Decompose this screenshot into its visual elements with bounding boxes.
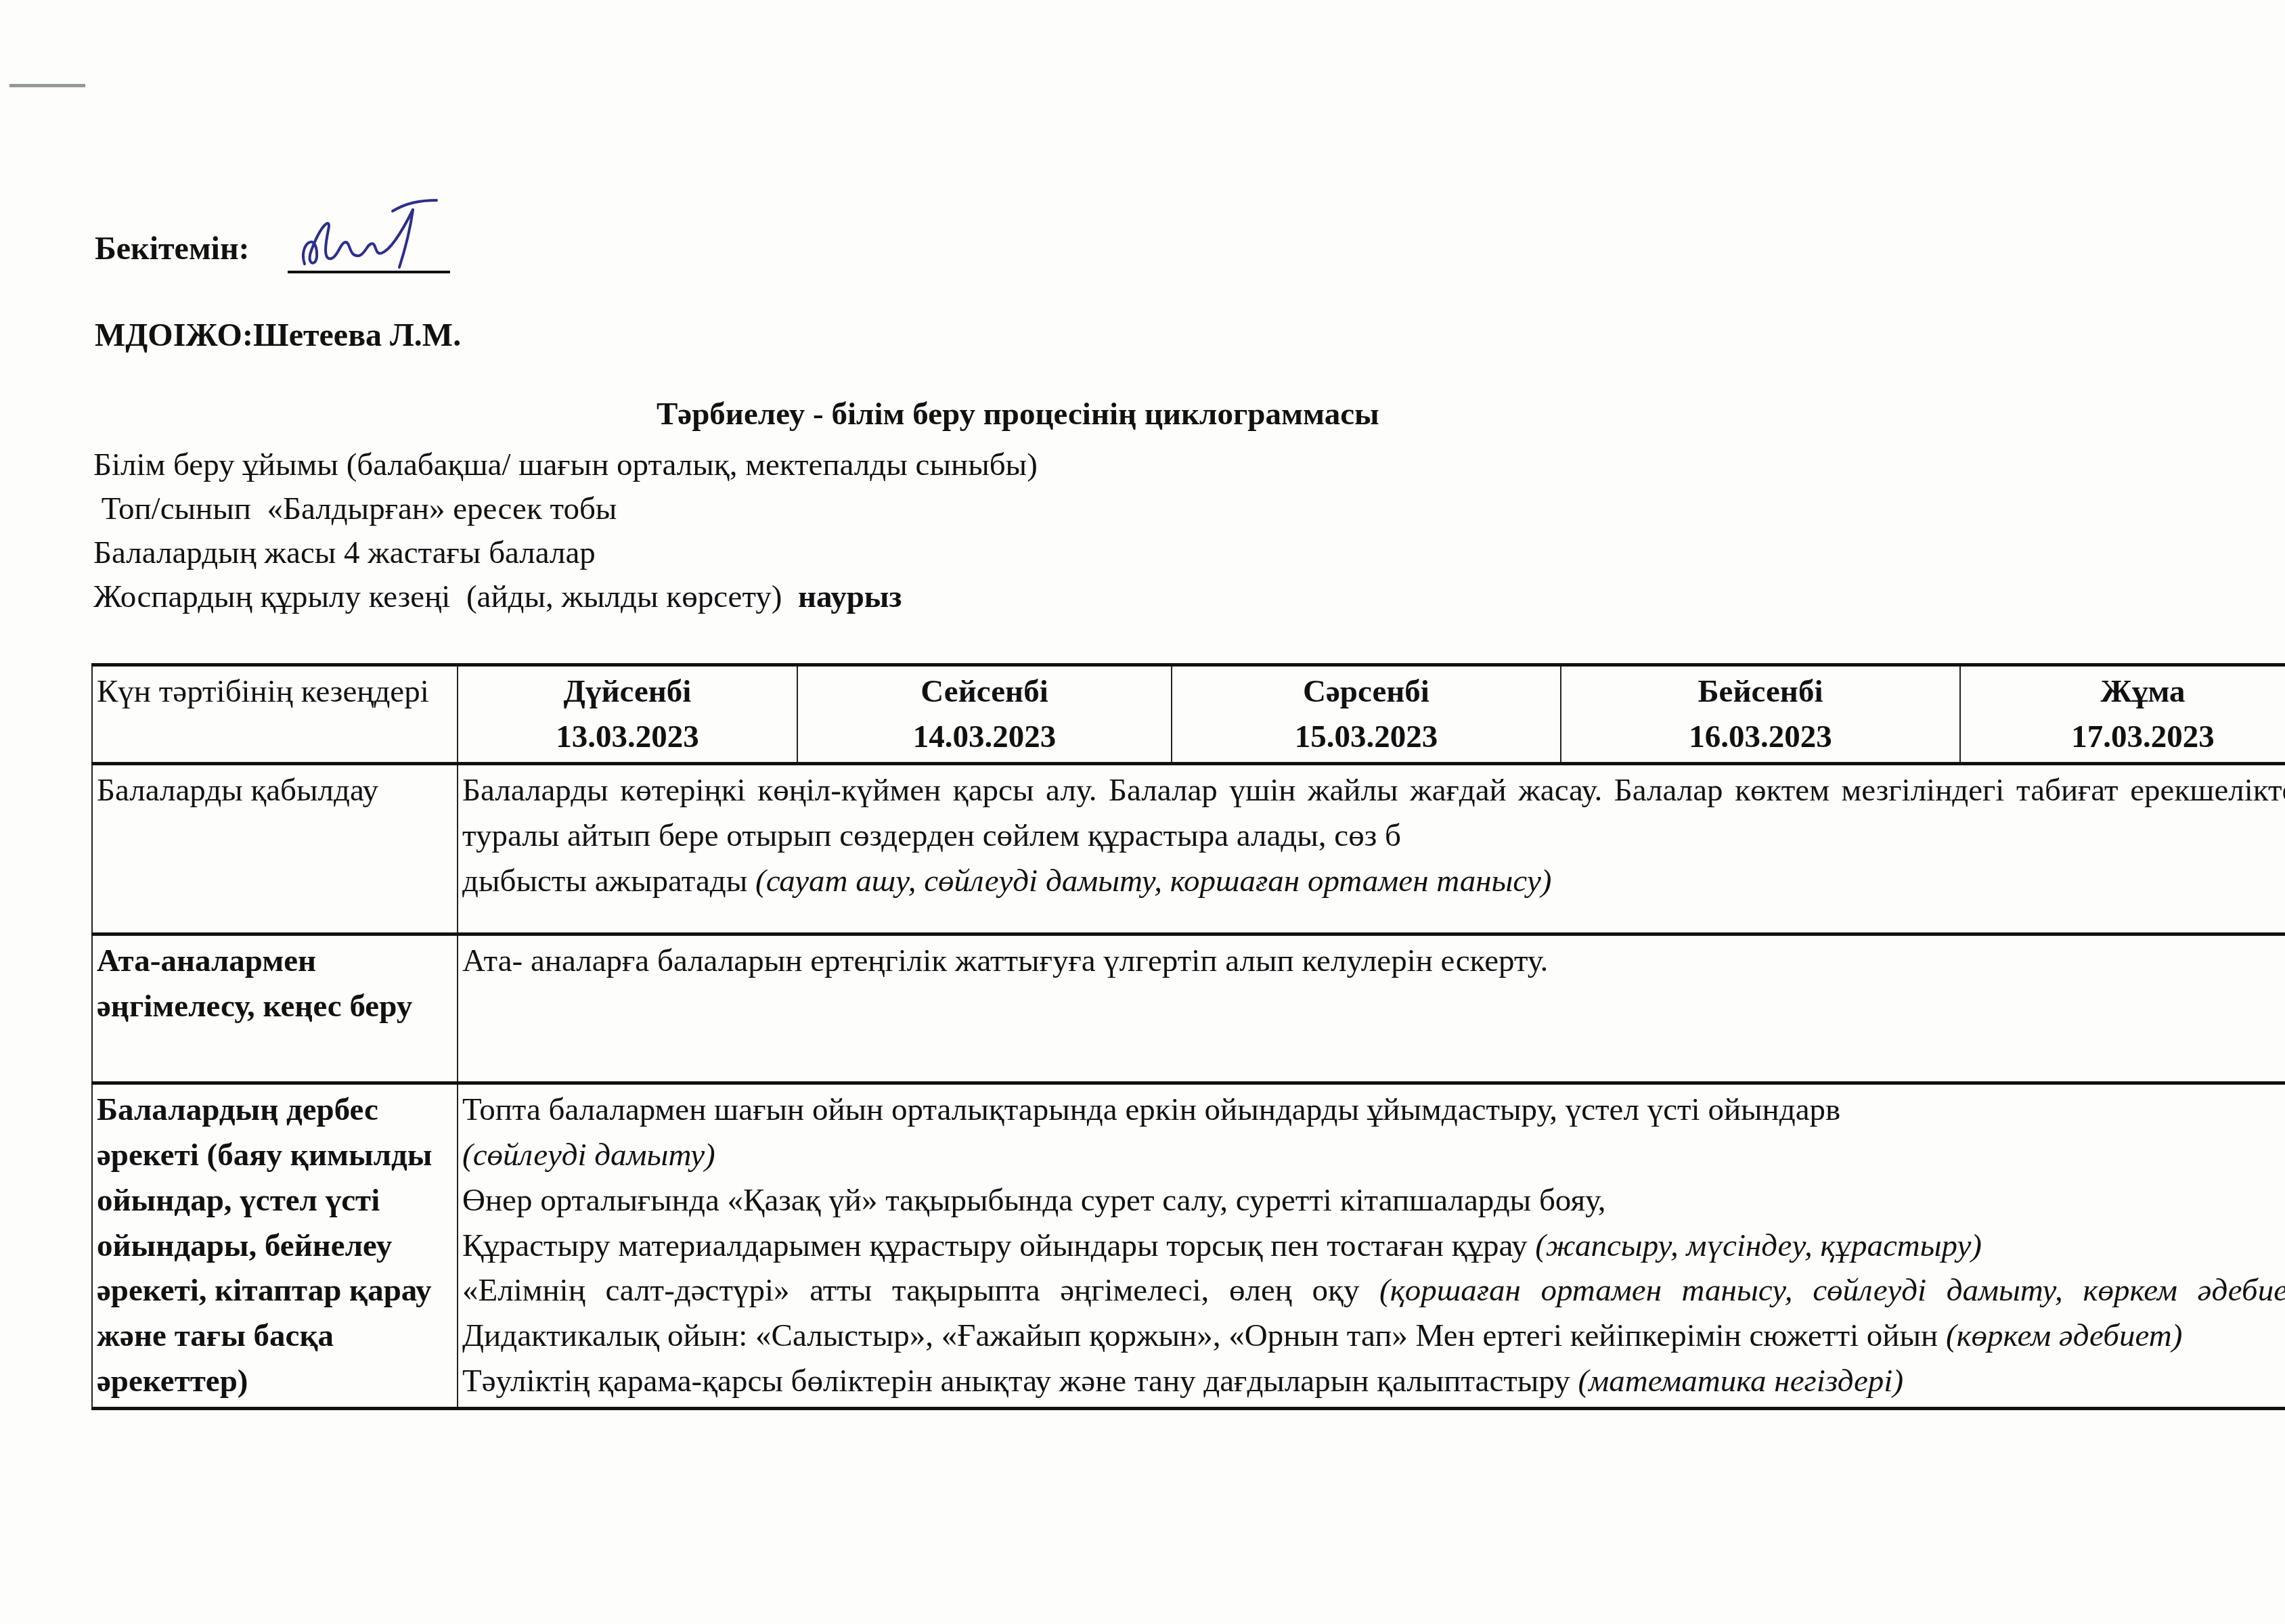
day-date: 17.03.2023 (1965, 715, 2285, 760)
content-text: Ата- аналарға балаларын ертеңгілік жатты… (462, 943, 1548, 978)
day-name: Бейсенбі (1566, 669, 1955, 715)
document-title: Тәрбиелеу - білім беру процесінің циклог… (657, 396, 1379, 432)
cyclogram-table: Күн тәртібінің кезеңдері Дүйсенбі13.03.2… (91, 663, 2285, 1410)
content-cell: Ата- аналарға балаларын ертеңгілік жатты… (458, 934, 2285, 1083)
day-name: Сейсенбі (802, 669, 1167, 715)
content-subject: (сөйлеуді дамыту) (462, 1137, 715, 1173)
content-text: Тәуліктің қарама-қарсы бөліктерін анықта… (462, 1363, 1578, 1399)
stage-cell: Балалардың дербес әрекеті (баяу қимылды … (92, 1083, 458, 1408)
corner-header: Күн тәртібінің кезеңдері (92, 665, 458, 764)
day-header: Сейсенбі14.03.2023 (797, 665, 1172, 764)
info-period: Жоспардың құрылу кезеңі (айды, жылды көр… (93, 579, 902, 615)
content-text: Дидактикалық ойын: «Салыстыр», «Ғажайып … (462, 1318, 1946, 1353)
content-subject: (математика негіздері) (1578, 1363, 1904, 1399)
content-text: дыбысты ажыратады (462, 863, 755, 899)
approval-label: Бекітемін: (95, 230, 250, 267)
content-cell: Балаларды көтеріңкі көңіл-күймен қарсы а… (458, 764, 2285, 934)
content-subject: (қоршаған ортамен танысу, сөйлеуді дамыт… (1379, 1273, 2285, 1308)
day-date: 15.03.2023 (1176, 715, 1556, 760)
content-subject: (жапсыру, мүсіндеу, құрастыру) (1535, 1228, 1982, 1263)
signature-line (288, 271, 450, 273)
table-header-row: Күн тәртібінің кезеңдері Дүйсенбі13.03.2… (92, 665, 2285, 764)
stage-cell: Ата-аналармен әңгімелесу, кеңес беру (92, 934, 458, 1083)
day-name: Дүйсенбі (462, 669, 793, 715)
day-date: 13.03.2023 (462, 715, 793, 760)
table-row: Ата-аналармен әңгімелесу, кеңес беру Ата… (92, 934, 2285, 1083)
content-text: «Елімнің салт-дәстүрі» атты тақырыпта әң… (462, 1273, 1379, 1308)
content-text: Өнер орталығында «Қазақ үй» тақырыбында … (462, 1183, 1606, 1218)
info-group: Топ/сынып «Балдырған» ересек тобы (93, 491, 617, 527)
day-header: Бейсенбі16.03.2023 (1561, 665, 1960, 764)
table-row: Балаларды қабылдау Балаларды көтеріңкі к… (92, 764, 2285, 934)
content-text: Балаларды көтеріңкі көңіл-күймен қарсы а… (462, 773, 2285, 853)
info-text: Білім беру ұйымы (балабақша/ шағын ортал… (93, 447, 1038, 482)
info-text: Балалардың жасы 4 жастағы балалар (93, 535, 596, 570)
day-name: Жұма (1965, 669, 2285, 715)
info-organization: Білім беру ұйымы (балабақша/ шағын ортал… (93, 447, 1038, 483)
day-header: Дүйсенбі13.03.2023 (458, 665, 797, 764)
content-cell: Топта балалармен шағын ойын орталықтарын… (458, 1083, 2285, 1408)
content-subject: (көркем әдебиет) (1946, 1318, 2182, 1353)
day-header: Сәрсенбі15.03.2023 (1172, 665, 1561, 764)
info-text: Жоспардың құрылу кезеңі (айды, жылды көр… (93, 579, 798, 614)
content-text: Топта балалармен шағын ойын орталықтарын… (462, 1092, 1840, 1127)
content-subject: (сауат ашу, сөйлеуді дамыту, коршаған ор… (755, 863, 1551, 899)
scan-mark (9, 84, 85, 87)
day-date: 14.03.2023 (802, 715, 1167, 760)
day-date: 16.03.2023 (1566, 715, 1955, 760)
table-row: Балалардың дербес әрекеті (баяу қимылды … (92, 1083, 2285, 1408)
day-name: Сәрсенбі (1176, 669, 1556, 715)
day-header: Жұма17.03.2023 (1960, 665, 2285, 764)
stage-cell: Балаларды қабылдау (92, 764, 458, 934)
period-month: наурыз (798, 579, 902, 614)
info-age: Балалардың жасы 4 жастағы балалар (93, 535, 596, 571)
info-text: Топ/сынып «Балдырған» ересек тобы (93, 491, 617, 526)
director-name: МДОІЖО:Шетеева Л.М. (95, 317, 461, 354)
signature-icon (291, 196, 453, 277)
content-text: Құрастыру материалдарымен құрастыру ойын… (462, 1228, 1535, 1263)
